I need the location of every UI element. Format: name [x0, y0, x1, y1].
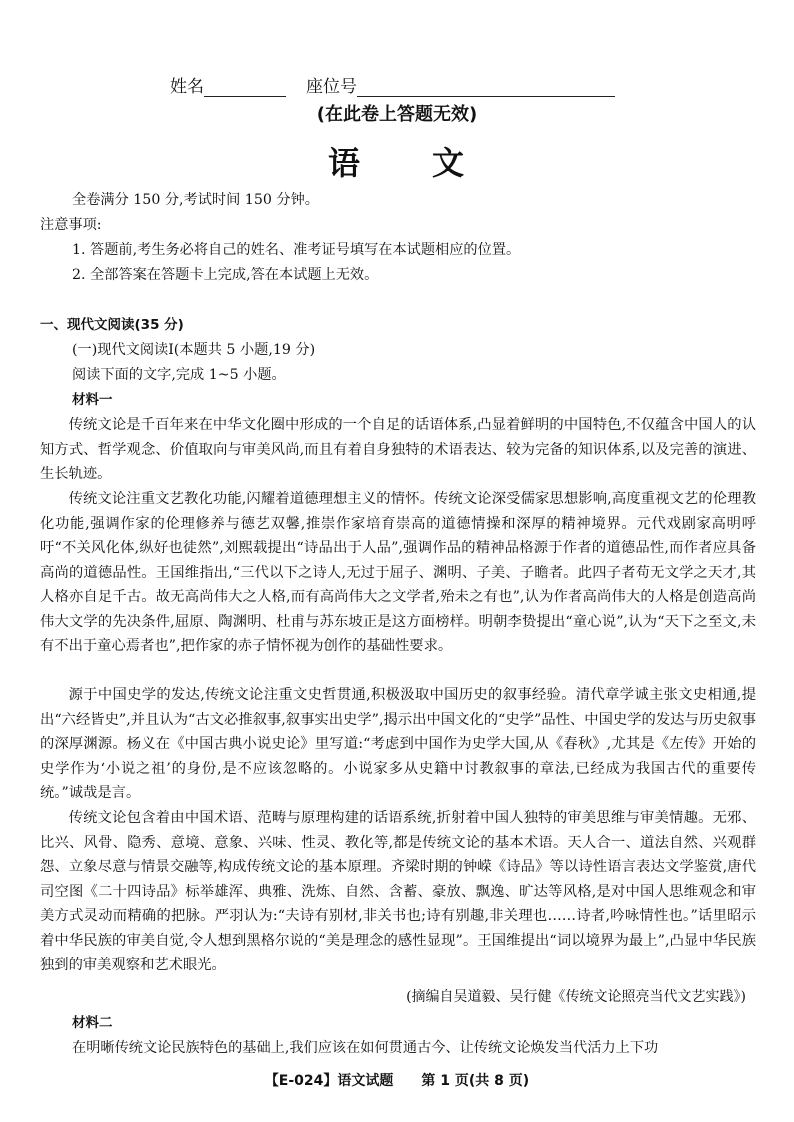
subject-char-2: 文: [432, 138, 466, 184]
instruction-text: 阅读下面的文字,完成 1~5 小题。: [72, 363, 286, 388]
material-1-paragraph-1: 传统文论是千百年来在中华文化圈中形成的一个自足的话语体系,凸显着鲜明的中国特色,…: [40, 413, 756, 487]
exam-code: 【E-024】语文试题: [265, 1073, 394, 1089]
notice-item-2: 2. 全部答案在答题卡上完成,答在本试题上无效。: [72, 263, 378, 288]
material-1-source: (摘编自吴道毅、吴行健《传统文论照亮当代文艺实践》): [406, 986, 746, 1006]
score-time-text: 全卷满分 150 分,考试时间 150 分钟。: [72, 188, 319, 213]
name-blank: [204, 76, 286, 97]
candidate-info-row: 姓名 座位号: [170, 72, 615, 97]
material-2-first-line: 在明晰传统文论民族特色的基础上,我们应该在如何贯通古今、让传统文论焕发当代活力上…: [72, 1036, 756, 1061]
invalid-note: (在此卷上答题无效): [0, 100, 794, 126]
material-1-paragraph-2: 传统文论注重文艺教化功能,闪耀着道德理想主义的情怀。传统文论深受儒家思想影响,高…: [40, 487, 756, 659]
page-footer: 【E-024】语文试题第 1 页(共 8 页): [0, 1070, 794, 1090]
section-title: 一、现代文阅读(35 分): [40, 313, 184, 338]
subject-title: 语文: [0, 138, 794, 184]
material-2-title: 材料二: [72, 1011, 113, 1036]
material-1-title: 材料一: [72, 388, 113, 413]
material-1-paragraph-3: 源于中国史学的发达,传统文论注重文史哲贯通,积极汲取中国历史的叙事经验。清代章学…: [40, 683, 756, 806]
subsection-title: (一)现代文阅读Ⅰ(本题共 5 小题,19 分): [72, 338, 315, 363]
notice-title: 注意事项:: [40, 213, 102, 238]
subject-char-1: 语: [328, 138, 362, 184]
seat-blank: [357, 76, 615, 97]
page-number: 第 1 页(共 8 页): [421, 1073, 529, 1089]
notice-item-1: 1. 答题前,考生务必将自己的姓名、准考证号填写在本试题相应的位置。: [72, 238, 520, 263]
material-1-paragraph-4: 传统文论包含着由中国术语、范畴与原理构建的话语系统,折射着中国人独特的审美思维与…: [40, 806, 756, 978]
name-label: 姓名: [170, 72, 204, 97]
seat-label: 座位号: [306, 72, 357, 97]
